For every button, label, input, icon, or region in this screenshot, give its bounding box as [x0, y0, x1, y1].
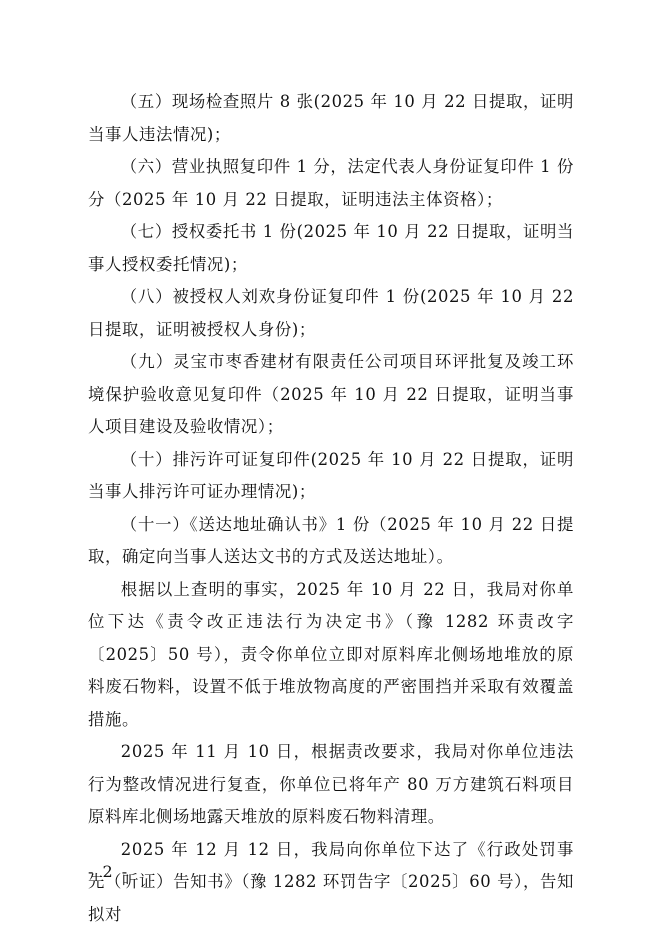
evidence-item-10: （十）排污许可证复印件(2025 年 10 月 22 日提取，证明当事人排污许可… [88, 444, 574, 509]
paragraph-reinspection: 2025 年 11 月 10 日，根据责改要求，我局对你单位违法行为整改情况进行… [88, 736, 574, 834]
page-number: - 2 - [88, 860, 129, 884]
document-body: （五）现场检查照片 8 张(2025 年 10 月 22 日提取，证明当事人违法… [88, 86, 574, 928]
paragraph-rectification-order: 根据以上查明的事实，2025 年 10 月 22 日，我局对你单位下达《责令改正… [88, 574, 574, 737]
evidence-item-11: （十一）《送达地址确认书》1 份（2025 年 10 月 22 日提取，确定向当… [88, 509, 574, 574]
evidence-item-6: （六）营业执照复印件 1 分，法定代表人身份证复印件 1 份分（2025 年 1… [88, 151, 574, 216]
evidence-item-7: （七）授权委托书 1 份(2025 年 10 月 22 日提取，证明当事人授权委… [88, 216, 574, 281]
evidence-item-9: （九）灵宝市枣香建材有限责任公司项目环评批复及竣工环境保护验收意见复印件（202… [88, 346, 574, 444]
evidence-item-8: （八）被授权人刘欢身份证复印件 1 份(2025 年 10 月 22 日提取，证… [88, 281, 574, 346]
paragraph-penalty-notice: 2025 年 12 月 12 日，我局向你单位下达了《行政处罚事先（听证）告知书… [88, 834, 574, 928]
evidence-item-5: （五）现场检查照片 8 张(2025 年 10 月 22 日提取，证明当事人违法… [88, 86, 574, 151]
